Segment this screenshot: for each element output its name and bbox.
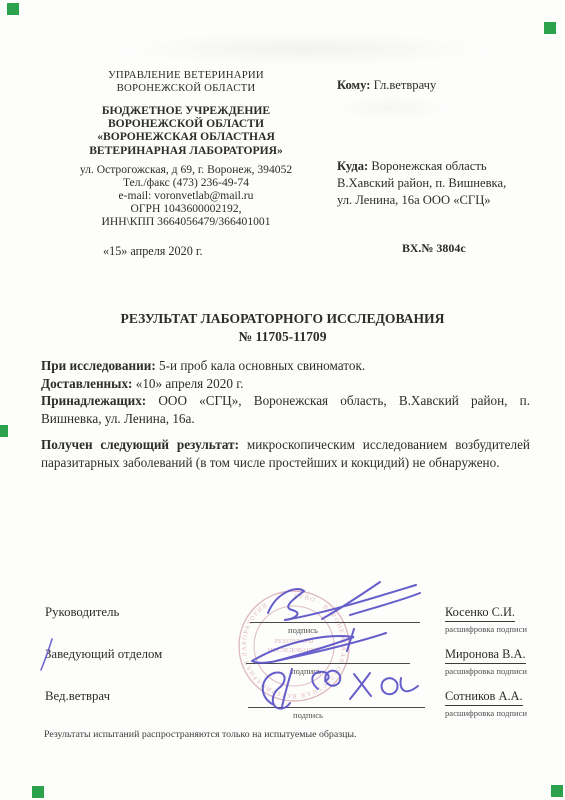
research-line: При исследовании: 5-и проб кала основных… — [41, 357, 530, 375]
signer-role: Вед.ветврач — [45, 689, 110, 704]
signer-name: Миронова В.А. — [445, 647, 526, 664]
org-address: ул. Острогожская, д 69, г. Воронеж, 3940… — [40, 163, 332, 176]
green-marker-bottom-left — [32, 786, 44, 798]
green-marker-bottom-right — [551, 785, 563, 797]
org-name-line1: БЮДЖЕТНОЕ УЧРЕЖДЕНИЕ — [40, 104, 332, 117]
delivered-value: «10» апреля 2020 г. — [136, 376, 244, 391]
pen-slash-mark — [38, 636, 56, 674]
sender-block: УПРАВЛЕНИЕ ВЕТЕРИНАРИИ ВОРОНЕЖСКОЙ ОБЛАС… — [40, 69, 332, 228]
org-name-line2: ВОРОНЕЖСКОЙ ОБЛАСТИ — [40, 117, 332, 130]
green-marker-left-center — [0, 425, 8, 437]
belongs-label: Принадлежащих: — [41, 393, 146, 408]
recipient-where-line2: В.Хавский район, п. Вишневка, — [337, 175, 552, 192]
recipient-to-value: Гл.ветврачу — [374, 78, 437, 92]
footer-note: Результаты испытаний распространяются то… — [44, 729, 357, 740]
result-body: При исследовании: 5-и проб кала основных… — [41, 357, 530, 471]
incoming-number: ВХ.№ 3804с — [402, 241, 466, 256]
document-title: РЕЗУЛЬТАТ ЛАБОРАТОРНОГО ИССЛЕДОВАНИЯ № 1… — [0, 310, 565, 347]
signature-decrypt-caption: расшифровка подписи — [445, 708, 527, 718]
recipient-to-line: Кому: Гл.ветврачу — [337, 78, 547, 93]
signer-name: Сотников А.А. — [445, 689, 523, 706]
signer-role: Заведующий отделом — [45, 647, 162, 662]
dept-name-line1: УПРАВЛЕНИЕ ВЕТЕРИНАРИИ — [40, 69, 332, 82]
dept-name-line2: ВОРОНЕЖСКОЙ ОБЛАСТИ — [40, 82, 332, 95]
delivered-label: Доставленных: — [41, 376, 132, 391]
org-email: e-mail: voronvetlab@mail.ru — [40, 189, 332, 202]
org-inn: ИНН\КПП 3664056479/366401001 — [40, 215, 332, 228]
org-phone: Тел./факс (473) 236-49-74 — [40, 176, 332, 189]
scan-smudge — [330, 95, 450, 121]
result-paragraph: Получен следующий результат: микроскопич… — [41, 436, 530, 471]
document-title-line1: РЕЗУЛЬТАТ ЛАБОРАТОРНОГО ИССЛЕДОВАНИЯ — [0, 310, 565, 328]
document-page: УПРАВЛЕНИЕ ВЕТЕРИНАРИИ ВОРОНЕЖСКОЙ ОБЛАС… — [0, 0, 565, 800]
result-label: Получен следующий результат: — [41, 437, 239, 452]
green-marker-top-left — [7, 3, 19, 15]
recipient-where-label: Куда: — [337, 159, 368, 173]
org-name-line4: ВЕТЕРИНАРНАЯ ЛАБОРАТОРИЯ» — [40, 144, 332, 157]
signature-decrypt-caption: расшифровка подписи — [445, 624, 527, 634]
green-marker-top-right — [544, 22, 556, 34]
scan-smudge — [115, 32, 495, 66]
belongs-paragraph: Принадлежащих: ООО «СГЦ», Воронежская об… — [41, 392, 530, 427]
recipient-where-line1: Воронежская область — [371, 159, 486, 173]
document-title-number: № 11705-11709 — [0, 328, 565, 346]
org-ogrn: ОГРН 1043600002192, — [40, 202, 332, 215]
delivered-line: Доставленных: «10» апреля 2020 г. — [41, 375, 530, 393]
recipient-address-block: Куда: Воронежская область В.Хавский райо… — [337, 158, 552, 210]
research-label: При исследовании: — [41, 358, 156, 373]
signer-role: Руководитель — [45, 605, 119, 620]
org-name-line3: «ВОРОНЕЖСКАЯ ОБЛАСТНАЯ — [40, 130, 332, 143]
handwritten-signatures — [230, 575, 442, 725]
recipient-to-label: Кому: — [337, 78, 370, 92]
research-value: 5-и проб кала основных свиноматок. — [159, 358, 365, 373]
document-date: «15» апреля 2020 г. — [103, 244, 203, 259]
recipient-where-line3: ул. Ленина, 16а ООО «СГЦ» — [337, 192, 552, 209]
signature-decrypt-caption: расшифровка подписи — [445, 666, 527, 676]
signer-name: Косенко С.И. — [445, 605, 515, 622]
